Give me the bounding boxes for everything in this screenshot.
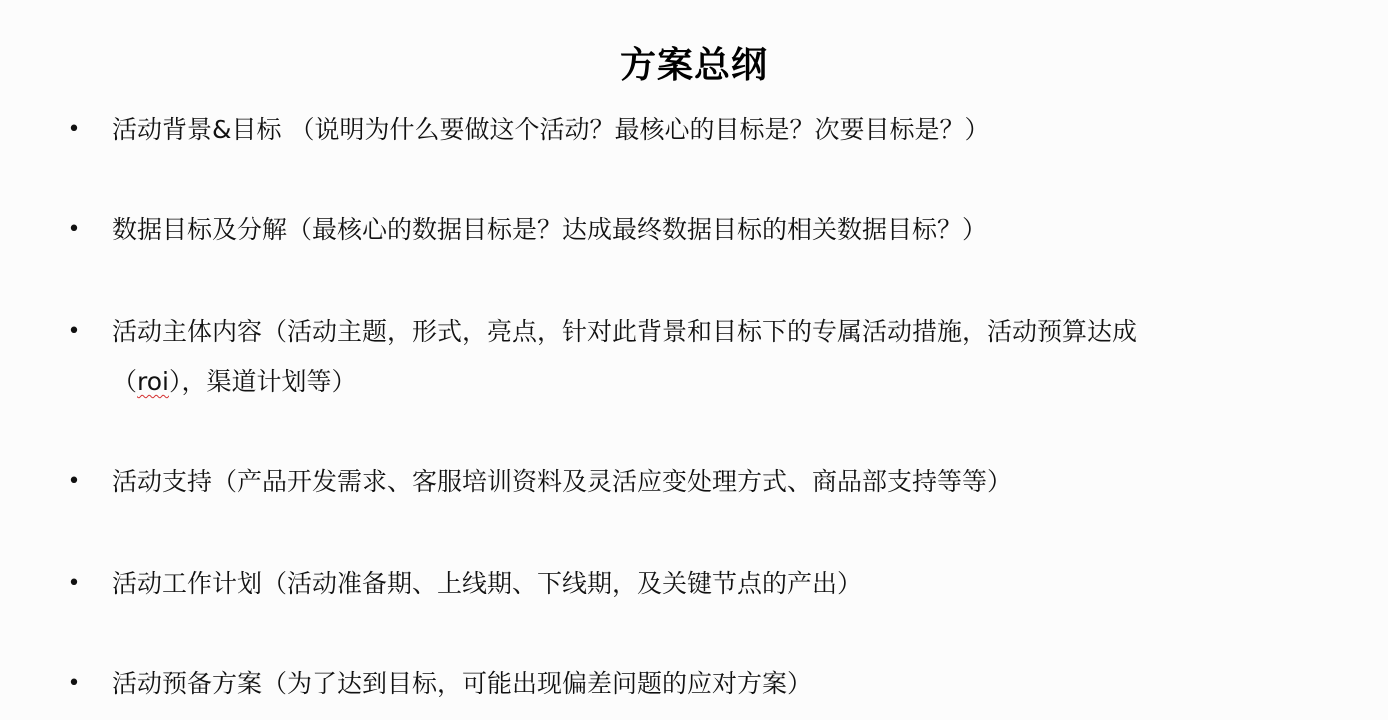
- bullet-text-line: 活动背景&目标 （说明为什么要做这个活动？最核心的目标是？次要目标是？）: [112, 105, 1296, 155]
- spellcheck-flagged-word: roi: [137, 367, 169, 396]
- bullet-item-work-plan: • 活动工作计划（活动准备期、上线期、下线期，及关键节点的产出）: [66, 559, 1296, 609]
- bullet-text-line: 活动支持（产品开发需求、客服培训资料及灵活应变处理方式、商品部支持等等）: [112, 457, 1296, 507]
- bullet-dot-icon: •: [66, 105, 82, 155]
- bullet-text: 活动支持（产品开发需求、客服培训资料及灵活应变处理方式、商品部支持等等）: [112, 457, 1296, 507]
- bullet-item-data-goals: • 数据目标及分解（最核心的数据目标是？达成最终数据目标的相关数据目标？）: [66, 205, 1296, 255]
- bullet-item-background-goals: • 活动背景&目标 （说明为什么要做这个活动？最核心的目标是？次要目标是？）: [66, 105, 1296, 155]
- bullet-text-line-2: （roi），渠道计划等）: [112, 357, 1296, 407]
- bullet-text: 活动主体内容（活动主题，形式，亮点，针对此背景和目标下的专属活动措施，活动预算达…: [112, 307, 1296, 407]
- bullet-dot-icon: •: [66, 659, 82, 709]
- bullet-dot-icon: •: [66, 559, 82, 609]
- bullet-text: 活动预备方案（为了达到目标，可能出现偏差问题的应对方案）: [112, 659, 1296, 709]
- slide-title: 方案总纲: [0, 42, 1388, 90]
- bullet-text-line: 活动工作计划（活动准备期、上线期、下线期，及关键节点的产出）: [112, 559, 1296, 609]
- bullet-item-main-content: • 活动主体内容（活动主题，形式，亮点，针对此背景和目标下的专属活动措施，活动预…: [66, 307, 1296, 407]
- bullet-text: 活动工作计划（活动准备期、上线期、下线期，及关键节点的产出）: [112, 559, 1296, 609]
- bullet-text: 数据目标及分解（最核心的数据目标是？达成最终数据目标的相关数据目标？）: [112, 205, 1296, 255]
- bullet-item-support: • 活动支持（产品开发需求、客服培训资料及灵活应变处理方式、商品部支持等等）: [66, 457, 1296, 507]
- bullet-item-contingency-plan: • 活动预备方案（为了达到目标，可能出现偏差问题的应对方案）: [66, 659, 1296, 709]
- line2-prefix: （: [112, 367, 137, 396]
- bullet-dot-icon: •: [66, 307, 82, 357]
- bullet-text-line: 数据目标及分解（最核心的数据目标是？达成最终数据目标的相关数据目标？）: [112, 205, 1296, 255]
- bullet-dot-icon: •: [66, 205, 82, 255]
- bullet-text-line: 活动预备方案（为了达到目标，可能出现偏差问题的应对方案）: [112, 659, 1296, 709]
- bullet-text-line-1: 活动主体内容（活动主题，形式，亮点，针对此背景和目标下的专属活动措施，活动预算达…: [112, 307, 1296, 357]
- line2-suffix: ），渠道计划等）: [169, 367, 357, 396]
- bullet-text: 活动背景&目标 （说明为什么要做这个活动？最核心的目标是？次要目标是？）: [112, 105, 1296, 155]
- bullet-dot-icon: •: [66, 457, 82, 507]
